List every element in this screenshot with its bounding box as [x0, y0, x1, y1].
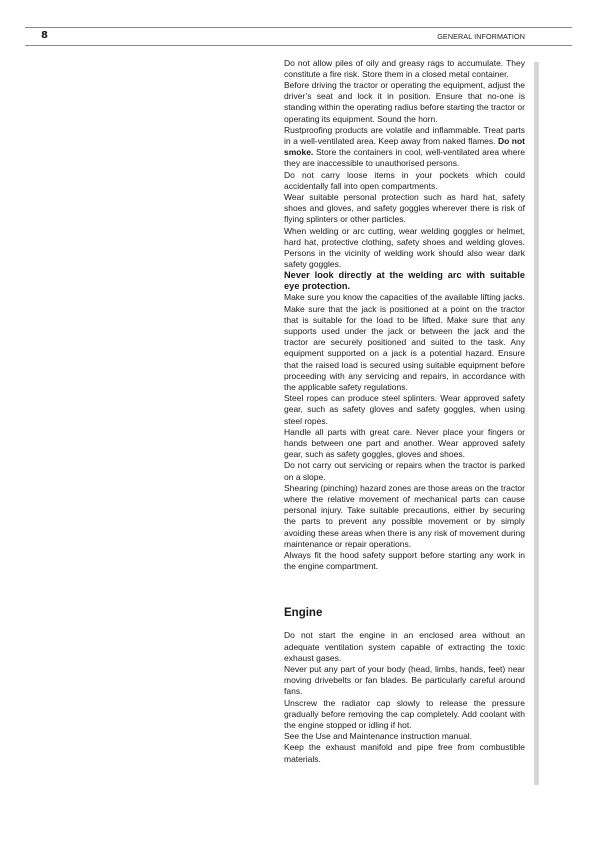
paragraph-welding: When welding or arc cutting, wear weldin…: [284, 226, 525, 271]
paragraph-see-manual: See the Use and Maintenance instruction …: [284, 731, 525, 742]
header-top-rule: [25, 27, 572, 28]
paragraph-lifting-jacks: Make sure you know the capacities of the…: [284, 292, 525, 393]
welding-arc-warning: Never look directly at the welding arc w…: [284, 270, 525, 292]
paragraph-loose-items: Do not carry loose items in your pockets…: [284, 170, 525, 192]
page-number: 8: [41, 30, 48, 41]
paragraph-steel-ropes: Steel ropes can produce steel splinters.…: [284, 393, 525, 427]
paragraph-engine-ventilation: Do not start the engine in an enclosed a…: [284, 630, 525, 664]
paragraph-drivebelts: Never put any part of your body (head, l…: [284, 664, 525, 698]
paragraph-before-driving: Before driving the tractor or operating …: [284, 80, 525, 125]
paragraph-shearing-zones: Shearing (pinching) hazard zones are tho…: [284, 483, 525, 550]
change-bar: [534, 62, 539, 785]
paragraph-oily-rags: Do not allow piles of oily and greasy ra…: [284, 58, 525, 80]
paragraph-hood-support: Always fit the hood safety support befor…: [284, 550, 525, 572]
paragraph-radiator-cap: Unscrew the radiator cap slowly to relea…: [284, 698, 525, 732]
paragraph-rustproofing: Rustproofing products are volatile and i…: [284, 125, 525, 170]
rustproofing-text-1: Rustproofing products are volatile and i…: [284, 125, 525, 146]
section-heading-engine: Engine: [284, 606, 525, 620]
rustproofing-text-2: Store the containers in cool, well-venti…: [284, 147, 525, 168]
paragraph-personal-protection: Wear suitable personal protection such a…: [284, 192, 525, 226]
text-column: Do not allow piles of oily and greasy ra…: [284, 58, 525, 765]
running-title: GENERAL INFORMATION: [437, 32, 525, 41]
header-bottom-rule: [25, 45, 572, 46]
paragraph-exhaust-manifold: Keep the exhaust manifold and pipe free …: [284, 742, 525, 764]
paragraph-slope: Do not carry out servicing or repairs wh…: [284, 460, 525, 482]
paragraph-handle-parts: Handle all parts with great care. Never …: [284, 427, 525, 461]
